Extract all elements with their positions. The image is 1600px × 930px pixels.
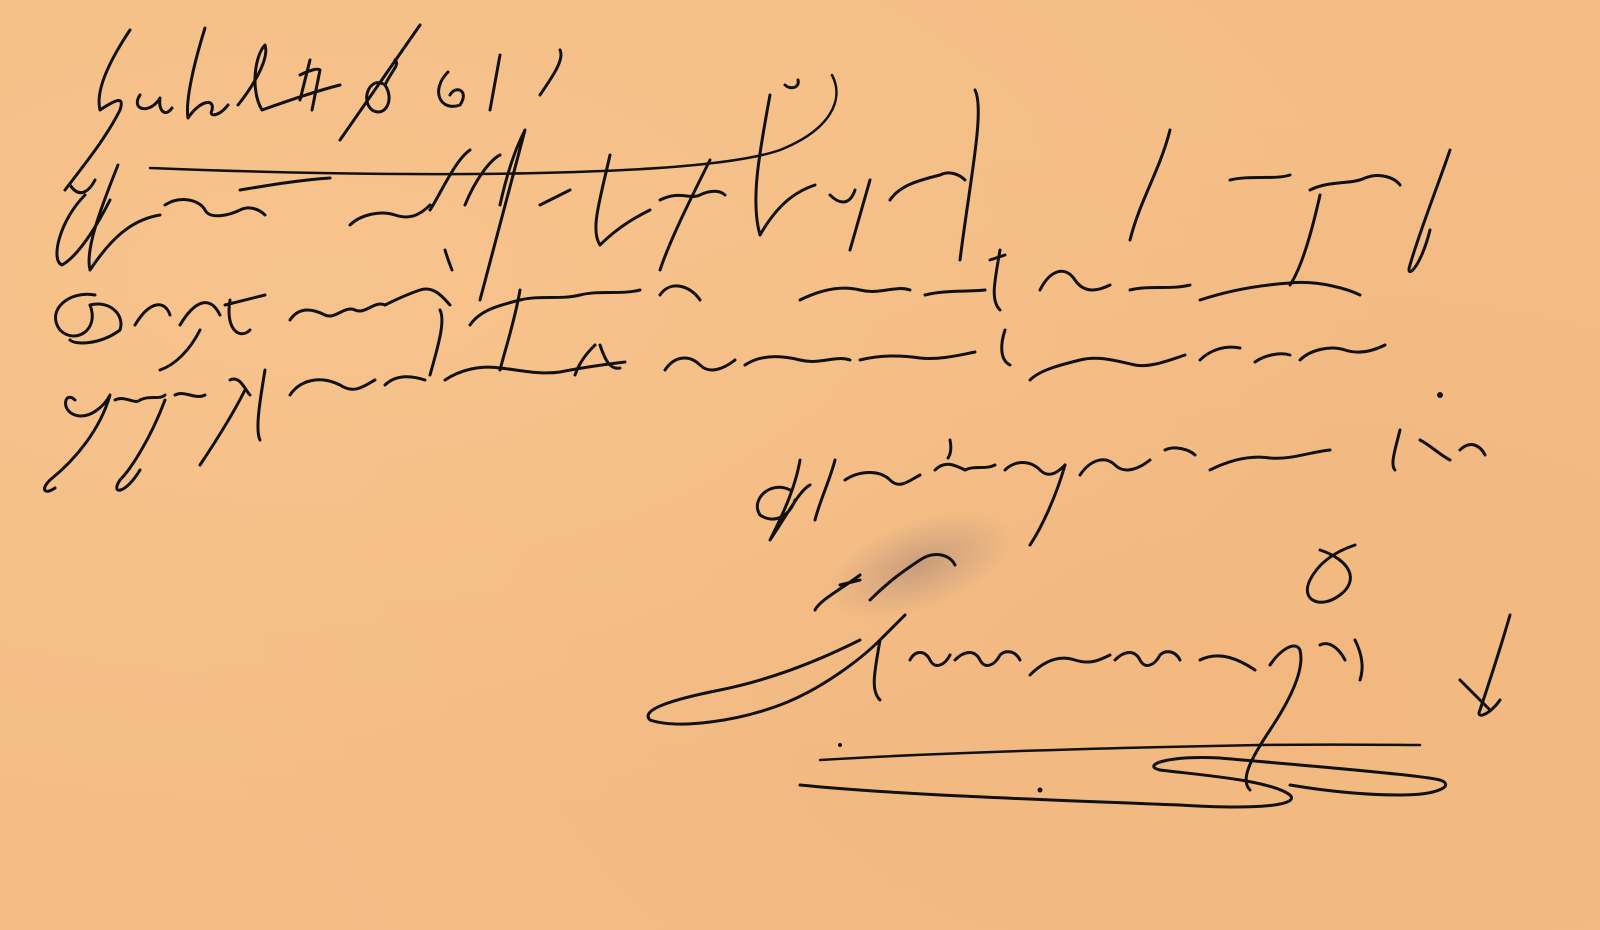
postcard: Gabel 14/6 81 Ich kann nächste Woche nac… [0,0,1600,930]
heading-handwriting [65,25,836,190]
handwriting-strokes [0,0,1600,930]
closing-handwriting [757,430,1485,545]
signature-flourish [800,743,1446,807]
body-line-2-handwriting [55,195,1360,370]
body-line-3-handwriting [45,310,1443,491]
signature-handwriting [648,545,1510,790]
body-line-1-handwriting [57,80,1450,300]
